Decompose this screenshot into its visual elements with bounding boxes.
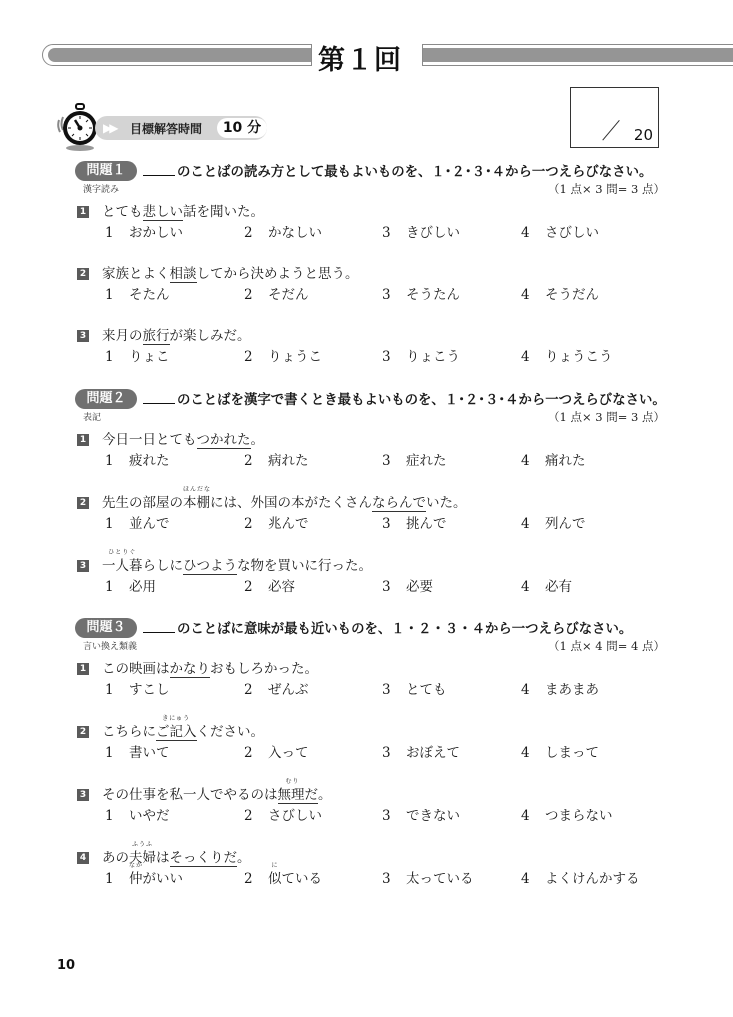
question-number: 2 [77, 726, 89, 738]
problem-type: 漢字読み [83, 182, 119, 195]
target-word: つかれた [197, 432, 251, 449]
question-text: 来月の旅行が楽しみだ。 [102, 327, 251, 345]
choice-1[interactable]: 1おかしい [105, 224, 183, 242]
choice-4[interactable]: 4りょうこう [521, 348, 613, 366]
page-number: 10 [57, 958, 75, 973]
target-word: そっくりだ [170, 850, 238, 867]
instruction: のことばを漢字で書くとき最もよいものを、１･２･３･４から一つえらびなさい。 [143, 389, 666, 411]
question-number: 2 [77, 268, 89, 280]
target-word: 相談 [170, 266, 197, 283]
target-time-indicator: ▶▶ 目標解答時間 10 分 [55, 100, 270, 152]
choice-2[interactable]: 2りょうこ [244, 348, 322, 366]
choice-3[interactable]: 3必要 [382, 578, 433, 596]
choice-2[interactable]: 2さびしい [244, 807, 322, 825]
choice-4[interactable]: 4そうだん [521, 286, 599, 304]
target-word: 旅行 [143, 328, 170, 345]
question-number: 3 [77, 330, 89, 342]
choices: 1必用 2必容 3必要 4必有 [105, 578, 675, 596]
ruby-word: なか仲がいい [129, 870, 183, 888]
furigana: に [268, 862, 282, 869]
score-total: 20 [634, 126, 653, 144]
ruby-word: むり無理だ [278, 786, 319, 804]
choice-1[interactable]: 1並んで [105, 515, 170, 533]
choice-3[interactable]: 3りょこう [382, 348, 460, 366]
points: （1 点× 3 問= 3 点） [548, 409, 665, 425]
question-number: 1 [77, 206, 89, 218]
choice-4[interactable]: 4つまらない [521, 807, 613, 825]
furigana: むり [278, 778, 308, 785]
question-text: その仕事を私一人でやるのはむり無理だ。 [102, 786, 332, 804]
choices: 1すこし 2ぜんぶ 3とても 4まあまあ [105, 681, 675, 699]
choices: 1いやだ 2さびしい 3できない 4つまらない [105, 807, 675, 825]
choice-1[interactable]: 1なか仲がいい [105, 870, 183, 888]
choices: 1おかしい 2かなしい 3きびしい 4さびしい [105, 224, 675, 242]
choice-1[interactable]: 1りょこ [105, 348, 170, 366]
problem-type: 表記 [83, 410, 101, 423]
choices: 1なか仲がいい 2に似ている 3太っている 4よくけんかする [105, 870, 675, 888]
timer-value: 10 分 [217, 118, 267, 138]
question-number: 1 [77, 663, 89, 675]
target-word: ご記入 [156, 724, 197, 741]
choice-4[interactable]: 4必有 [521, 578, 572, 596]
instruction: のことばに意味が最も近いものを、１・２・３・４から一つえらびなさい。 [143, 618, 632, 640]
choice-2[interactable]: 2かなしい [244, 224, 322, 242]
target-word: ひつよう [183, 558, 237, 575]
problem-badge: 問題１ [75, 161, 137, 181]
choice-2[interactable]: 2病れた [244, 452, 309, 470]
choices: 1書いて 2入って 3おぼえて 4しまって [105, 744, 675, 762]
furigana: ひとりぐ [102, 549, 143, 556]
choice-2[interactable]: 2必容 [244, 578, 295, 596]
timer-pill: ▶▶ 目標解答時間 10 分 [95, 116, 267, 140]
slash-divider [602, 120, 619, 141]
target-word: ならんで [372, 495, 426, 512]
choice-2[interactable]: 2入って [244, 744, 309, 762]
choice-4[interactable]: 4痛れた [521, 452, 586, 470]
title-bar-right-decoration [422, 44, 733, 66]
choice-2[interactable]: 2そだん [244, 286, 309, 304]
choices: 1りょこ 2りょうこ 3りょこう 4りょうこう [105, 348, 675, 366]
points: （1 点× 3 問= 3 点） [548, 181, 665, 197]
target-word: 悲しい [143, 204, 184, 221]
question-text: あのふうふ夫婦はそっくりだ。 [102, 849, 251, 867]
ruby-word: ひとりぐ一人暮 [102, 557, 143, 575]
points: （1 点× 4 問= 4 点） [548, 638, 665, 654]
ruby-word: に似ている [268, 870, 322, 888]
furigana: ほんだな [183, 486, 210, 493]
choice-3[interactable]: 3できない [382, 807, 460, 825]
question-text: 今日一日とてもつかれた。 [102, 431, 264, 449]
choice-2[interactable]: 2ぜんぶ [244, 681, 309, 699]
timer-label: 目標解答時間 [130, 120, 202, 137]
question-text: とても悲しい話を聞いた。 [102, 203, 264, 221]
choice-2[interactable]: 2に似ている [244, 870, 322, 888]
question-text: こちらにきにゅうご記入ください。 [102, 723, 264, 741]
choice-3[interactable]: 3とても [382, 681, 447, 699]
page-title: 第１回 [318, 44, 418, 78]
furigana: ふうふ [129, 841, 156, 848]
target-word: 無理だ [278, 787, 319, 804]
question-number: 3 [77, 560, 89, 572]
ruby-word: ほんだな本棚 [183, 494, 210, 512]
choice-3[interactable]: 3おぼえて [382, 744, 460, 762]
choice-1[interactable]: 1そたん [105, 286, 170, 304]
double-chevron-icon: ▶▶ [103, 121, 115, 135]
choice-2[interactable]: 2兆んで [244, 515, 309, 533]
choice-3[interactable]: 3きびしい [382, 224, 460, 242]
choice-4[interactable]: 4まあまあ [521, 681, 599, 699]
choice-3[interactable]: 3そうたん [382, 286, 460, 304]
choice-4[interactable]: 4列んで [521, 515, 586, 533]
question-text: 先生の部屋のほんだな本棚には、外国の本がたくさんならんでいた。 [102, 494, 467, 512]
choice-1[interactable]: 1すこし [105, 681, 170, 699]
instruction: のことばの読み方として最もよいものを、１･２･３･４から一つえらびなさい。 [143, 161, 652, 183]
choice-1[interactable]: 1いやだ [105, 807, 170, 825]
ruby-word: きにゅうご記入 [156, 723, 197, 741]
choices: 1疲れた 2病れた 3症れた 4痛れた [105, 452, 675, 470]
question-text: ひとりぐ一人暮らしにひつような物を買いに行った。 [102, 557, 372, 575]
question-number: 4 [77, 852, 89, 864]
choice-4[interactable]: 4さびしい [521, 224, 599, 242]
choice-1[interactable]: 1疲れた [105, 452, 170, 470]
choice-1[interactable]: 1必用 [105, 578, 156, 596]
problem-badge: 問題３ [75, 618, 137, 638]
question-text: この映画はかなりおもしろかった。 [102, 660, 318, 678]
choice-3[interactable]: 3太っている [382, 870, 474, 888]
problem-type: 言い換え類義 [83, 639, 137, 652]
choices: 1そたん 2そだん 3そうたん 4そうだん [105, 286, 675, 304]
furigana: なか [129, 862, 143, 869]
problem-badge: 問題２ [75, 389, 137, 409]
furigana: きにゅう [156, 715, 197, 722]
choice-4[interactable]: 4しまって [521, 744, 599, 762]
score-box: 20 [570, 87, 659, 148]
title-bar-left-decoration [42, 44, 312, 66]
target-word: かなり [170, 661, 211, 678]
question-number: 1 [77, 434, 89, 446]
question-text: 家族とよく相談してから決めようと思う。 [102, 265, 359, 283]
question-number: 3 [77, 789, 89, 801]
question-number: 2 [77, 497, 89, 509]
choices: 1並んで 2兆んで 3挑んで 4列んで [105, 515, 675, 533]
choice-3[interactable]: 3挑んで [382, 515, 447, 533]
choice-1[interactable]: 1書いて [105, 744, 170, 762]
choice-4[interactable]: 4よくけんかする [521, 870, 640, 888]
choice-3[interactable]: 3症れた [382, 452, 447, 470]
